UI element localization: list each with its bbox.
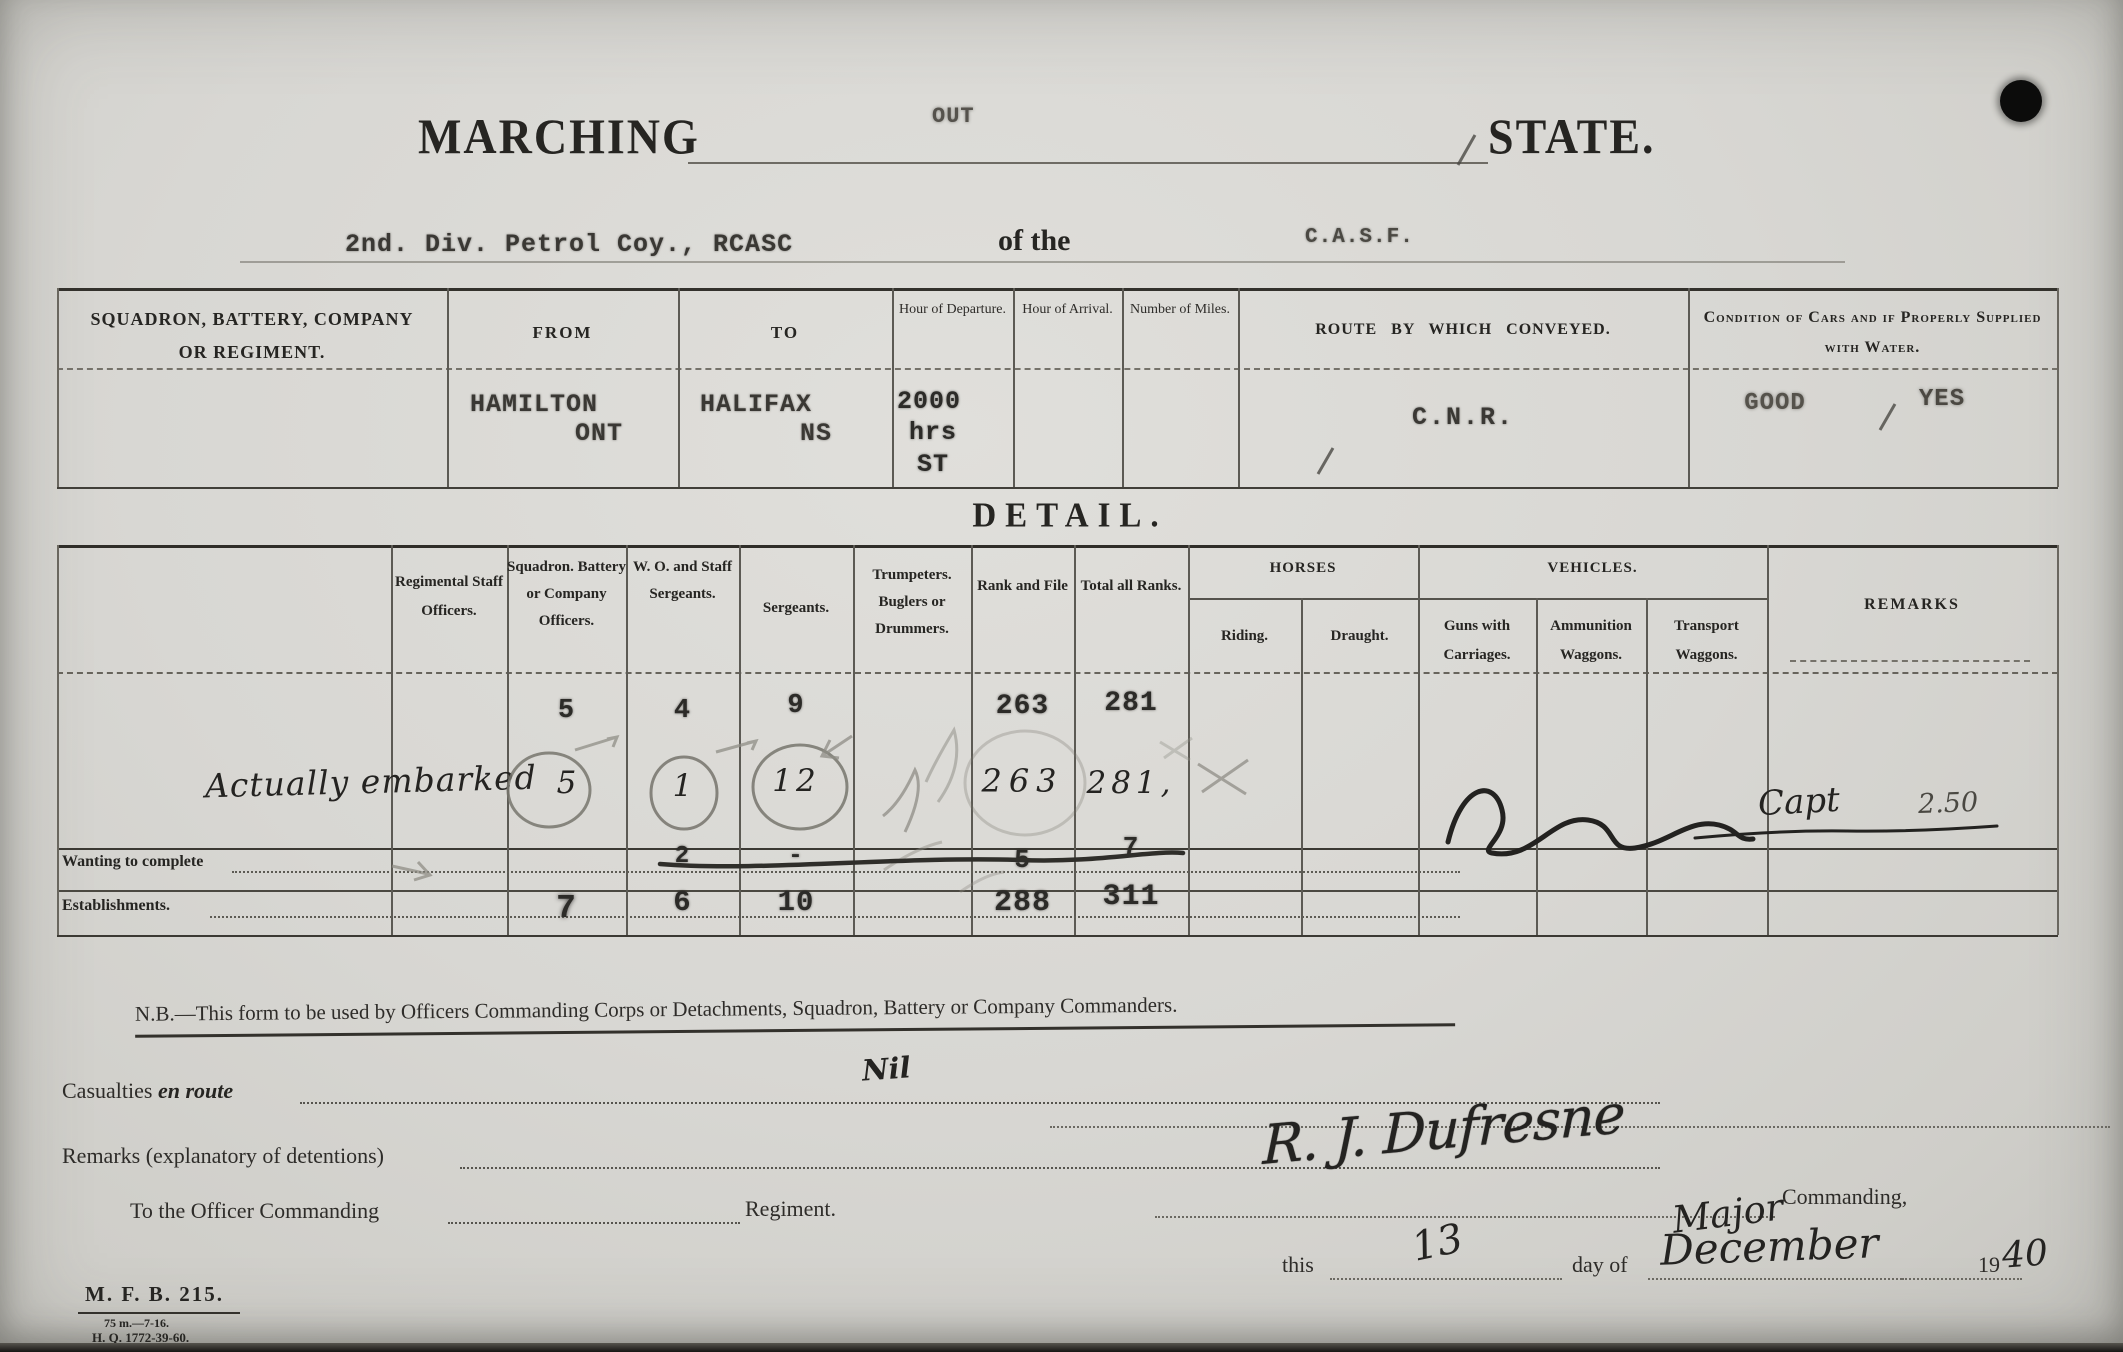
remarks-label: Remarks (explanatory of detentions) <box>62 1143 384 1169</box>
route-table-bottom-border <box>57 487 2058 489</box>
detail-table-top-border <box>57 545 2058 548</box>
col-header-draught: Draught. <box>1301 628 1418 645</box>
typed-squadron: 5 <box>507 696 626 726</box>
year-value: 40 <box>2001 1232 2050 1276</box>
establishment-label: Establishments. <box>62 897 170 915</box>
casualties-label: Casualties en route <box>62 1078 233 1104</box>
day-of-label: day of <box>1572 1252 1628 1278</box>
col-header-remarks: REMARKS <box>1767 596 2057 614</box>
embarked-figure: 2.50 <box>1917 787 1978 820</box>
departure-line1: 2000 <box>897 386 961 417</box>
col-header-trumpeters: Trumpeters. Buglers or Drummers. <box>853 562 971 643</box>
route-table-border <box>1688 288 1690 487</box>
form-number: M. F. B. 215. <box>85 1282 224 1307</box>
col-header-unit: SQUADRON, BATTERY, COMPANY OR REGIMENT. <box>85 303 419 370</box>
scan-bottom-edge <box>0 1343 2123 1352</box>
cell-from-line1: HAMILTON <box>470 390 645 419</box>
title-state: STATE. <box>1488 108 1656 165</box>
cell-to: HALIFAX NS <box>700 390 850 448</box>
embarked-total: 281, <box>1074 765 1188 801</box>
wanting-wo: 2 <box>626 843 739 870</box>
to-officer-leader <box>448 1222 740 1224</box>
regiment-label: Regiment. <box>745 1196 836 1222</box>
wanting-label: Wanting to complete <box>62 853 203 871</box>
col-header-to: TO <box>678 323 892 343</box>
detail-table-border <box>1418 545 1420 935</box>
signature-dufresne: R. J. Dufresne <box>1262 1082 1625 1177</box>
col-header-wo: W. O. and Staff Sergeants. <box>626 554 739 608</box>
detail-table-border <box>1301 598 1303 935</box>
establishment-total: 311 <box>1074 880 1188 914</box>
wanting-total: 7 <box>1074 832 1188 862</box>
title-underline <box>688 162 1488 164</box>
print-note-1: 75 m.—7-16. <box>104 1316 169 1331</box>
detail-table-border <box>1074 545 1076 935</box>
of-the-label: of the <box>998 224 1070 258</box>
col-header-route: ROUTE BY WHICH CONVEYED. <box>1238 321 1688 339</box>
col-header-departure: Hour of Departure. <box>892 300 1013 320</box>
detail-title: DETAIL. <box>920 497 1220 536</box>
establishment-rank-file: 288 <box>971 886 1074 920</box>
day-value: 13 <box>1408 1215 1467 1271</box>
establishment-squadron: 7 <box>507 890 626 927</box>
this-label: this <box>1282 1252 1314 1278</box>
group-header-vehicles: VEHICLES. <box>1418 560 1767 577</box>
col-header-sergeants: Sergeants. <box>739 600 853 617</box>
detail-table-border <box>2057 545 2059 935</box>
route-table-border <box>678 288 680 487</box>
casualties-label-plain: Casualties <box>62 1078 152 1103</box>
col-header-condition: Condition of Cars and if Properly Suppli… <box>1700 303 2045 364</box>
title-marching: MARCHING <box>418 108 700 165</box>
typed-rank-file: 263 <box>971 691 1074 722</box>
establishment-wo: 6 <box>626 886 739 919</box>
embarked-wo: 1 <box>626 768 739 804</box>
typed-wo: 4 <box>626 696 739 726</box>
cell-route: C.N.R. <box>1238 403 1688 432</box>
detail-table-bottom-border <box>57 935 2058 937</box>
col-header-miles: Number of Miles. <box>1122 300 1238 320</box>
col-header-squadron: Squadron. Battery or Company Officers. <box>507 554 626 635</box>
casualties-value: Nil <box>861 1050 912 1087</box>
embarked-squadron: 5 <box>507 765 626 801</box>
nb-note: N.B.—This form to be used by Officers Co… <box>135 990 1455 1038</box>
col-header-riding: Riding. <box>1188 628 1301 645</box>
day-leader <box>1330 1278 1562 1280</box>
remarks-header-rule <box>1790 660 2030 662</box>
route-table-border <box>2057 288 2059 487</box>
establishment-sergeants: 10 <box>739 886 853 919</box>
cell-to-line2: NS <box>700 419 850 448</box>
wanting-sergeants: - <box>739 843 853 870</box>
cell-departure: 2000 hrs ST <box>897 386 961 480</box>
col-header-rank-file: Rank and File <box>971 572 1074 601</box>
force-name: C.A.S.F. <box>1305 226 1414 249</box>
remarks-leader <box>460 1167 1660 1169</box>
route-table-top-border <box>57 288 2058 291</box>
unit-rule <box>240 261 1845 263</box>
col-header-guns: Guns with Carriages. <box>1418 612 1536 669</box>
cell-from-line2: ONT <box>470 419 645 448</box>
departure-line3: ST <box>917 449 961 480</box>
detail-table-border <box>971 545 973 935</box>
cell-from: HAMILTON ONT <box>470 390 645 448</box>
wanting-rank-file: 5 <box>971 845 1074 875</box>
to-officer-label: To the Officer Commanding <box>130 1198 379 1224</box>
typed-sergeants: 9 <box>739 691 853 721</box>
scanned-form-marching-out-state: MARCHING OUT STATE. 2nd. Div. Petrol Coy… <box>0 0 2123 1352</box>
group-header-horses: HORSES <box>1188 560 1418 577</box>
cell-water: YES <box>1862 386 2022 413</box>
ink-capt-signature <box>1448 791 1997 854</box>
typed-total: 281 <box>1074 688 1188 719</box>
col-header-transport: Transport Waggons. <box>1646 612 1767 669</box>
detail-group-rule <box>1188 598 1767 600</box>
detail-table-border <box>1188 545 1190 935</box>
detail-table-border <box>57 545 59 935</box>
detail-header-rule <box>57 672 2058 674</box>
cell-condition: GOOD <box>1695 390 1855 417</box>
year-prefix: 19 <box>1978 1252 2000 1278</box>
departure-line2: hrs <box>909 417 961 448</box>
col-header-arrival: Hour of Arrival. <box>1013 300 1122 320</box>
month-value: December <box>1659 1218 1879 1275</box>
wanting-leader <box>232 871 1460 873</box>
year-leader <box>1902 1278 2022 1280</box>
commanding-label: Commanding, <box>1782 1184 1907 1210</box>
col-header-from: FROM <box>447 323 678 343</box>
title-fill-out: OUT <box>932 104 975 129</box>
form-number-underline <box>78 1312 240 1314</box>
route-table-border <box>57 288 59 487</box>
route-table-border <box>1238 288 1240 487</box>
month-leader <box>1648 1278 1902 1280</box>
embarked-rank-file: 263 <box>971 762 1074 800</box>
col-header-total: Total all Ranks. <box>1074 572 1188 601</box>
embarked-sergeants: 12 <box>739 763 853 799</box>
route-table-border <box>447 288 449 487</box>
embarked-capt-label: Capt <box>1757 780 1841 824</box>
punch-hole <box>2000 80 2042 122</box>
unit-name: 2nd. Div. Petrol Coy., RCASC <box>345 230 793 259</box>
casualties-label-enroute: en route <box>158 1078 233 1103</box>
embarked-label: Actually embarked <box>205 758 538 806</box>
col-header-regimental: Regimental Staff Officers. <box>391 568 507 625</box>
col-header-ammunition: Ammunition Waggons. <box>1536 612 1646 669</box>
cell-to-line1: HALIFAX <box>700 390 850 419</box>
